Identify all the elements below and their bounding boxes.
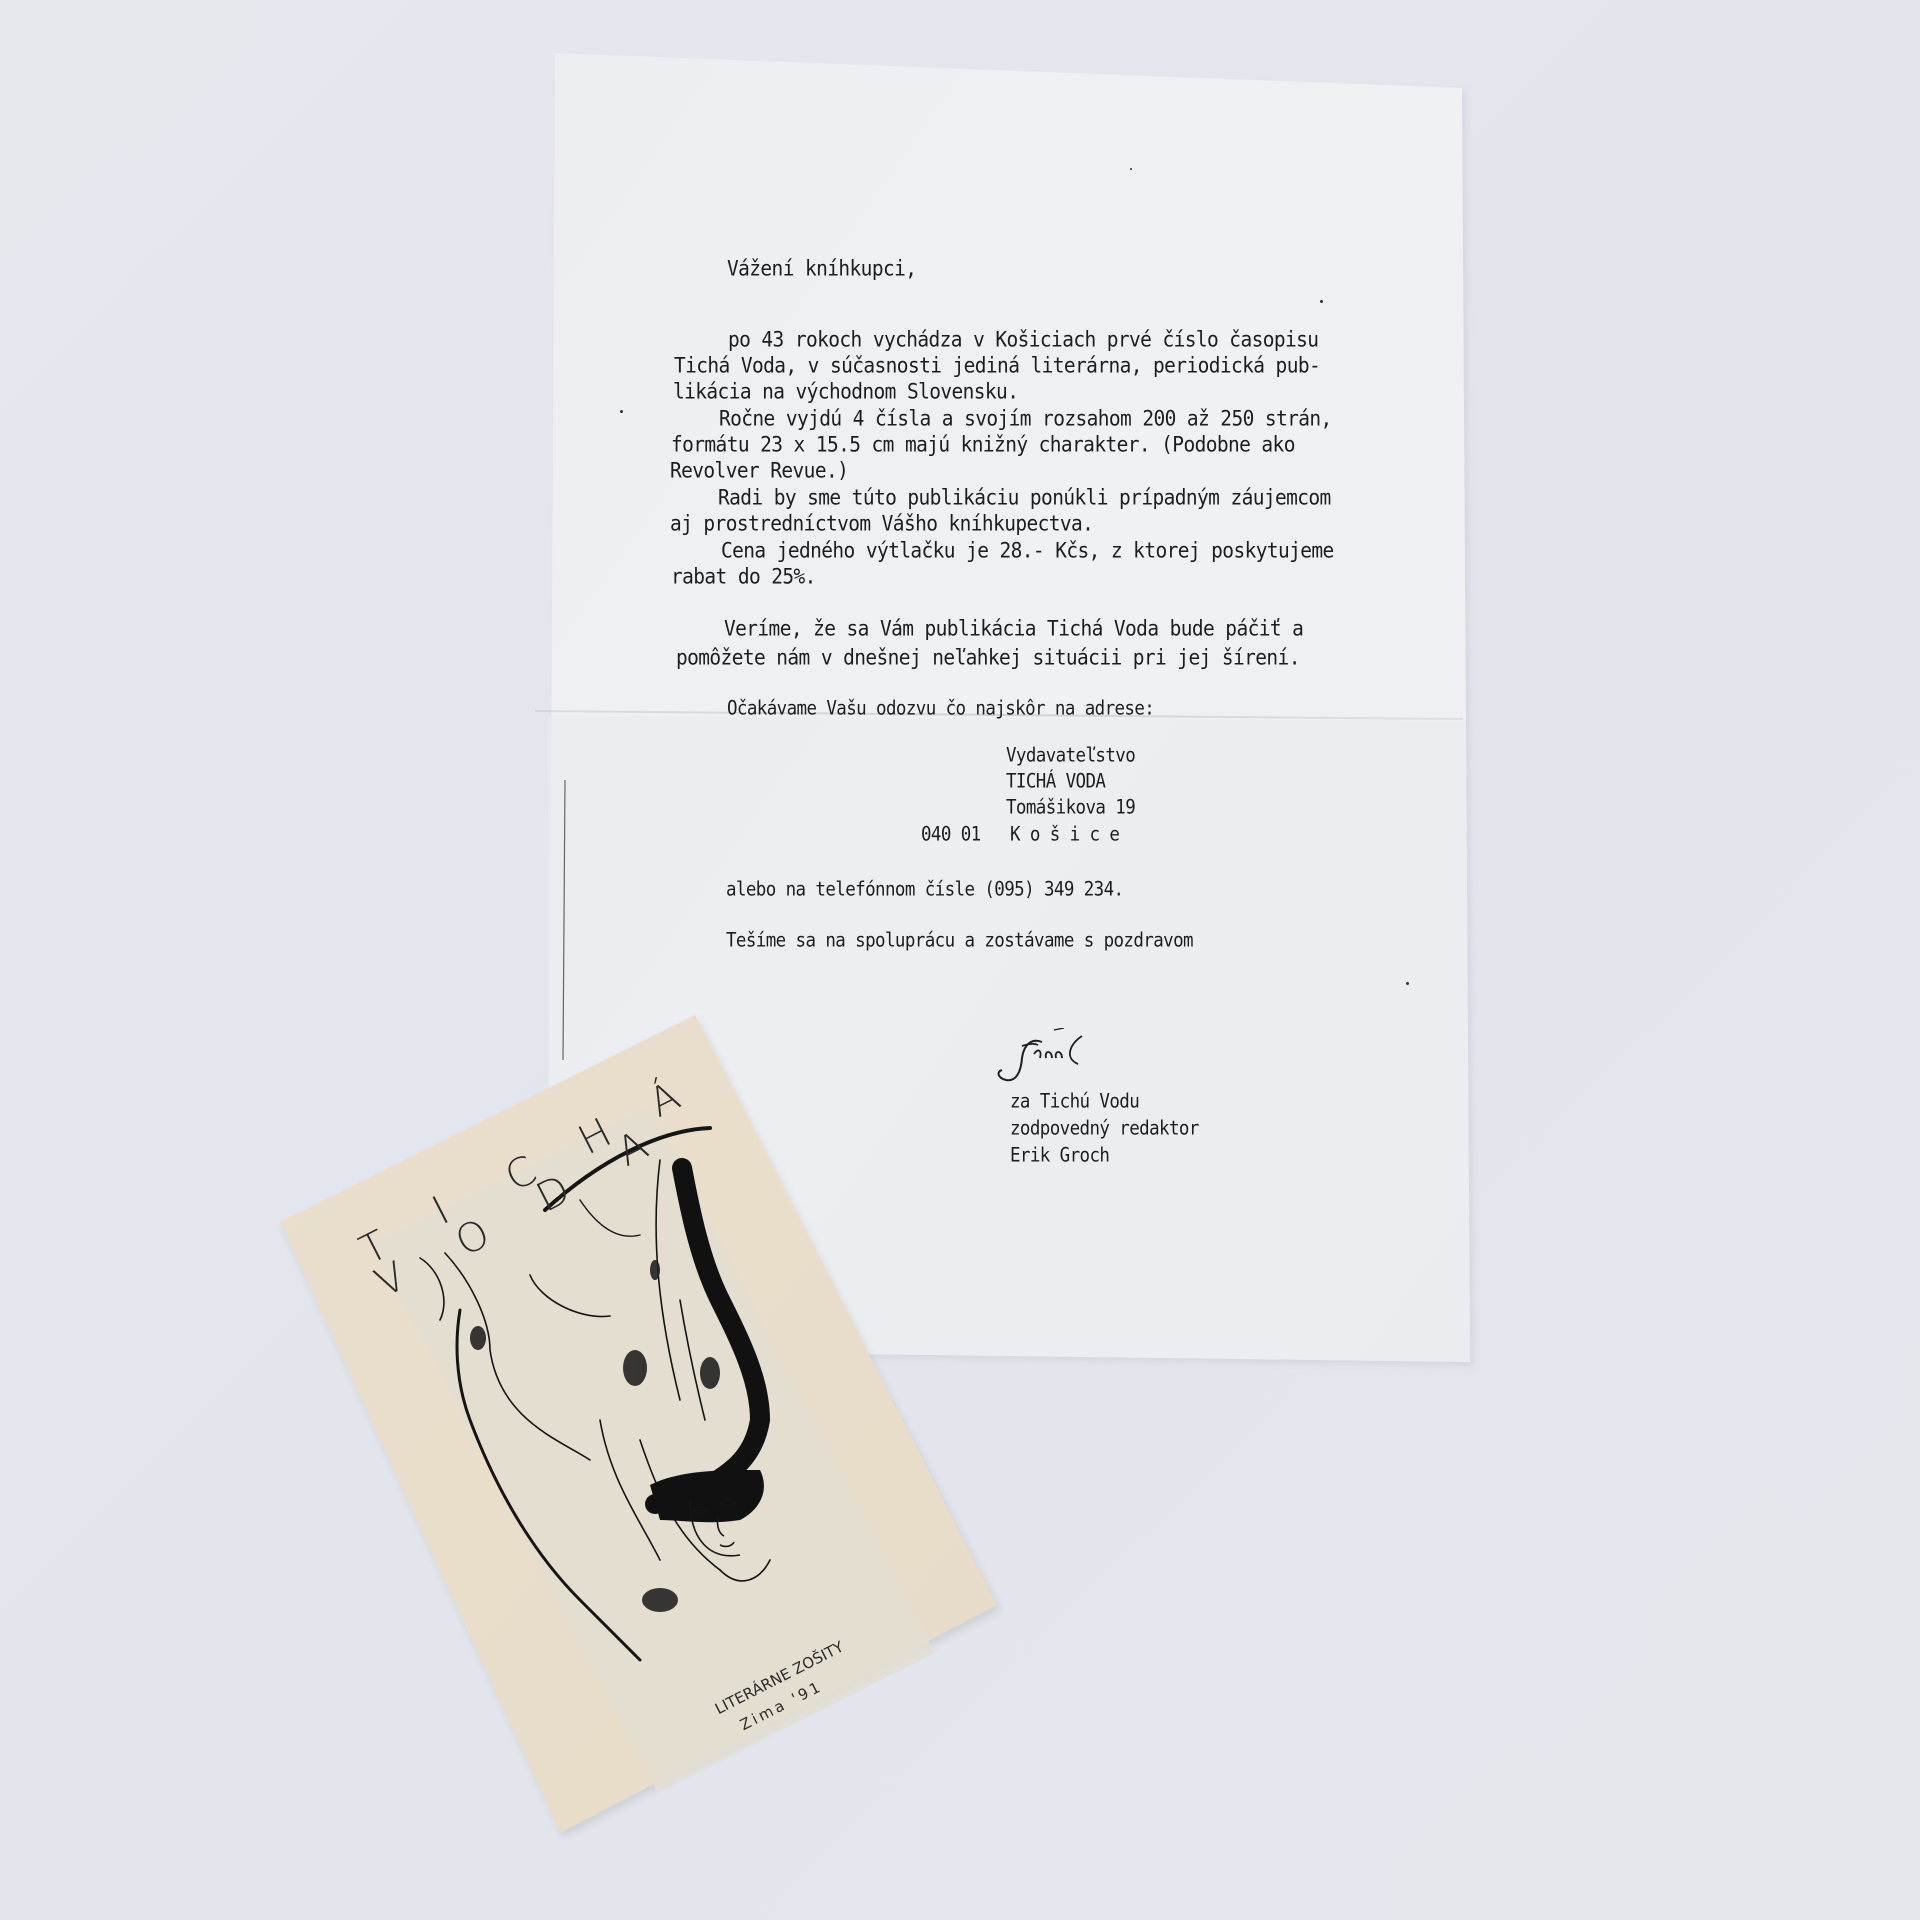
booklet-illustration [0, 0, 1920, 1920]
booklet-cover: T I C H Á V O D A LITERÁRNE ZOŠITY Zima … [0, 0, 1920, 1920]
